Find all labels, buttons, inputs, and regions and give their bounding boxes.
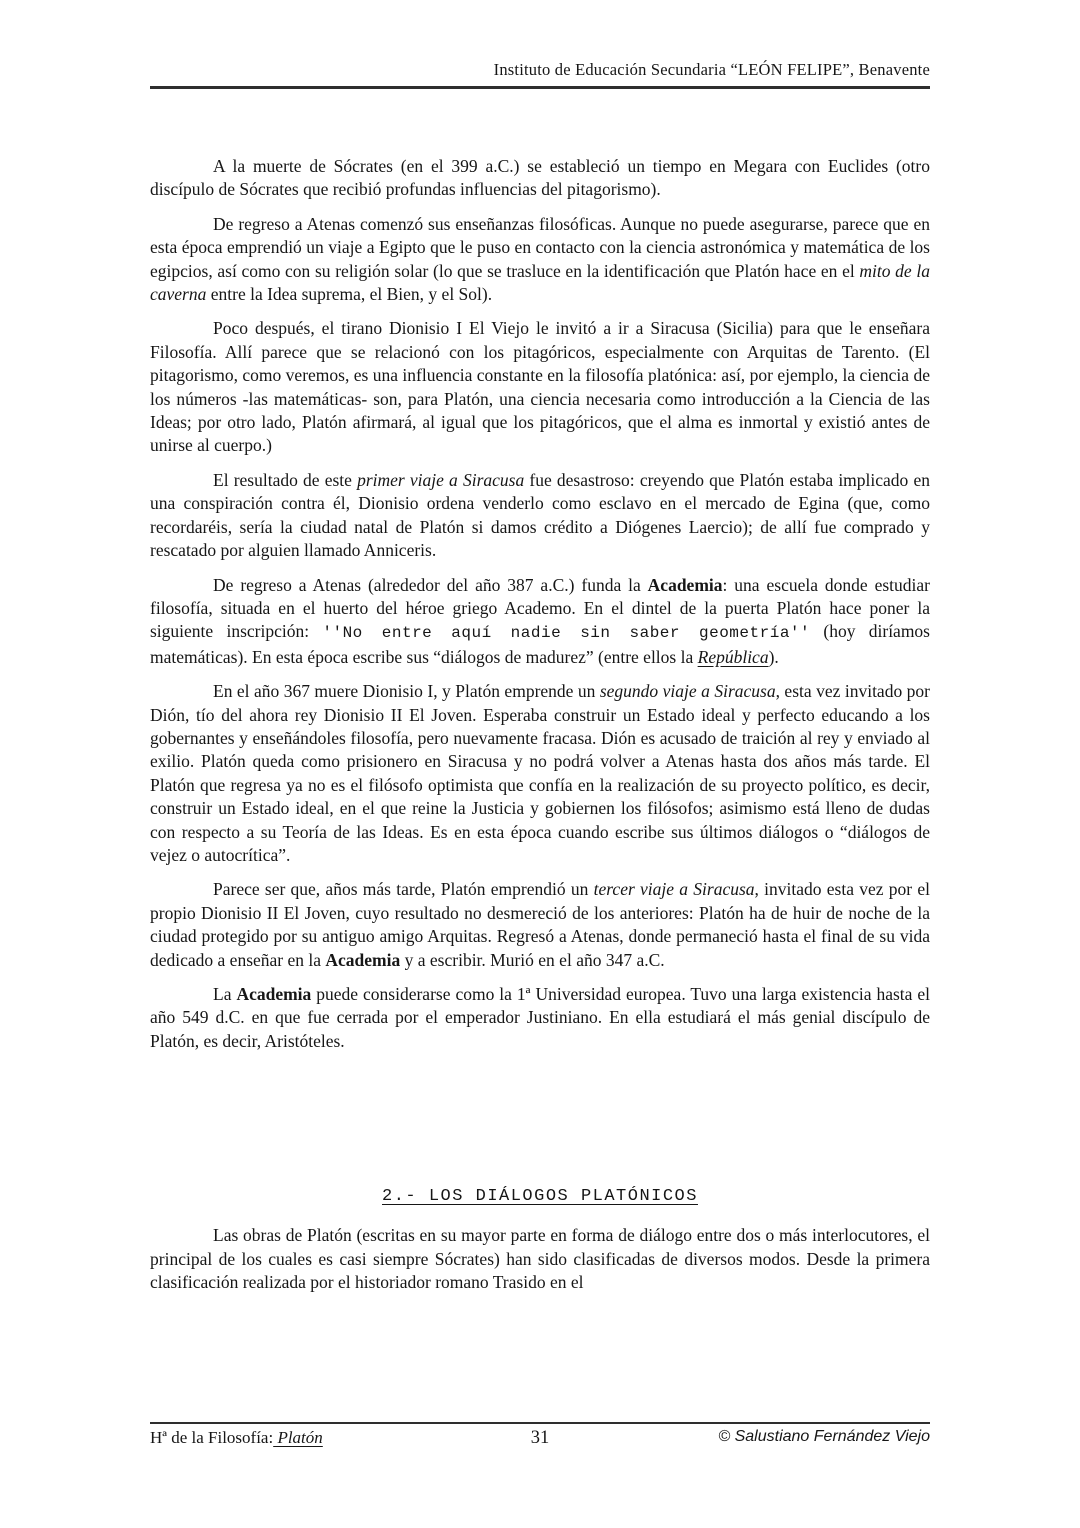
footer-course-label: Hª de la Filosofía: (150, 1428, 273, 1447)
text-segment-plain: La (213, 984, 236, 1004)
text-segment-plain: Las obras de Platón (escritas en su mayo… (150, 1225, 930, 1292)
page-footer: Hª de la Filosofía: Platón 31 © Salustia… (150, 1422, 930, 1449)
text-segment-plain: El resultado de este (213, 470, 357, 490)
text-segment-italic: primer viaje a Siracusa (357, 470, 524, 490)
section-heading: 2.- LOS DIÁLOGOS PLATÓNICOS (150, 1187, 930, 1206)
footer-copyright: © Salustiano Fernández Viejo (549, 1428, 930, 1446)
paragraph: En el año 367 muere Dionisio I, y Platón… (150, 680, 930, 867)
paragraph: De regreso a Atenas (alrededor del año 3… (150, 574, 930, 670)
paragraph: A la muerte de Sócrates (en el 399 a.C.)… (150, 155, 930, 202)
text-segment-bold: Academia (648, 575, 723, 595)
text-segment-plain: Poco después, el tirano Dionisio I El Vi… (150, 318, 930, 455)
text-segment-mono: ''No entre aquí nadie sin saber geometrí… (322, 624, 810, 642)
text-segment-plain: De regreso a Atenas (alrededor del año 3… (213, 575, 648, 595)
section-heading-text: 2.- LOS DIÁLOGOS PLATÓNICOS (382, 1187, 698, 1206)
paragraph: El resultado de este primer viaje a Sira… (150, 469, 930, 563)
text-segment-plain: En el año 367 muere Dionisio I, y Platón… (213, 681, 600, 701)
text-segment-plain: , esta vez invitado por Dión, tío del ah… (150, 681, 930, 865)
header-rule (150, 86, 930, 89)
document-page: Instituto de Educación Secundaria “LEÓN … (0, 0, 1080, 1528)
text-segment-plain: entre la Idea suprema, el Bien, y el Sol… (206, 284, 492, 304)
text-segment-plain: y a escribir. Murió en el año 347 a.C. (400, 950, 664, 970)
paragraph: Las obras de Platón (escritas en su mayo… (150, 1224, 930, 1294)
text-segment-italic-underline: República (698, 647, 769, 667)
paragraph: La Academia puede considerarse como la 1… (150, 983, 930, 1053)
text-segment-bold: Academia (325, 950, 400, 970)
header-institution: Instituto de Educación Secundaria “LEÓN … (150, 60, 930, 80)
body-text-after-heading: Las obras de Platón (escritas en su mayo… (150, 1224, 930, 1294)
page-number: 31 (531, 1428, 550, 1449)
text-segment-plain: Parece ser que, años más tarde, Platón e… (213, 879, 594, 899)
footer-row: Hª de la Filosofía: Platón 31 © Salustia… (150, 1428, 930, 1449)
page-header: Instituto de Educación Secundaria “LEÓN … (150, 60, 930, 89)
body-text: A la muerte de Sócrates (en el 399 a.C.)… (150, 155, 930, 1053)
text-segment-plain: ). (769, 647, 779, 667)
text-segment-bold: Academia (236, 984, 311, 1004)
text-segment-italic: tercer viaje a Siracusa (594, 879, 755, 899)
text-segment-italic: segundo viaje a Siracusa (600, 681, 776, 701)
paragraph: De regreso a Atenas comenzó sus enseñanz… (150, 213, 930, 307)
footer-rule (150, 1422, 930, 1424)
footer-course-topic: Platón (273, 1428, 323, 1447)
footer-course: Hª de la Filosofía: Platón (150, 1428, 531, 1448)
paragraph: Poco después, el tirano Dionisio I El Vi… (150, 317, 930, 457)
text-segment-plain: De regreso a Atenas comenzó sus enseñanz… (150, 214, 930, 281)
paragraph: Parece ser que, años más tarde, Platón e… (150, 878, 930, 972)
text-segment-plain: A la muerte de Sócrates (en el 399 a.C.)… (150, 156, 930, 199)
